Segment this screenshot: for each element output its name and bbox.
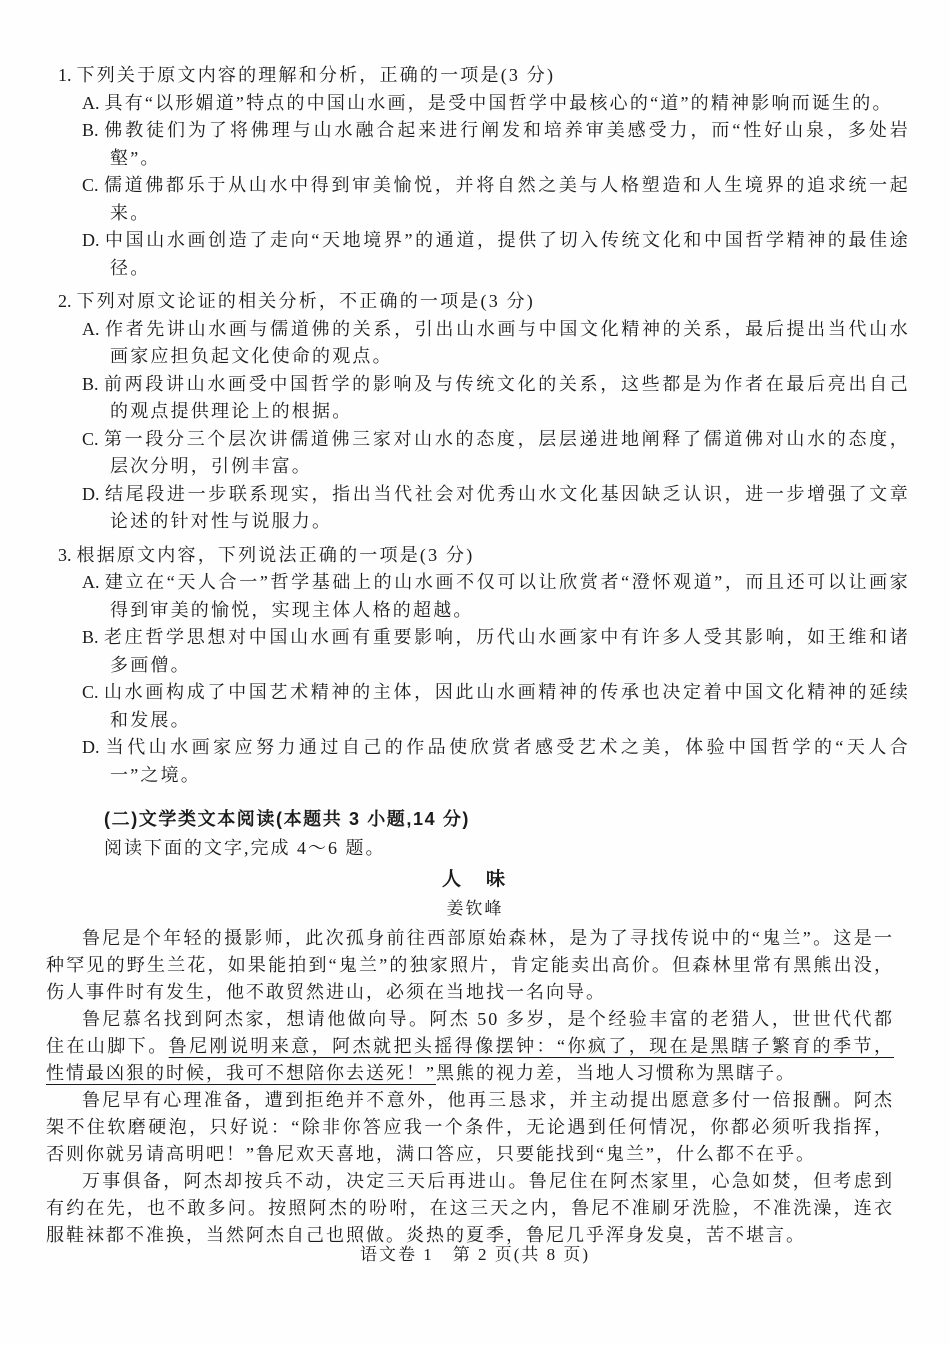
question-2-option-d: D.结尾段进一步联系现实，指出当代社会对优秀山水文化基因缺乏认识，进一步增强了文… xyxy=(58,481,910,536)
question-stem-text: 根据原文内容，下列说法正确的一项是(3 分) xyxy=(77,545,475,565)
option-label: B. xyxy=(82,374,99,394)
question-3-option-c: C.山水画构成了中国艺术精神的主体，因此山水画精神的传承也决定着中国文化精神的延… xyxy=(58,679,910,734)
option-text: 山水画构成了中国艺术精神的主体，因此山水画精神的传承也决定着中国文化精神的延续和… xyxy=(104,682,910,730)
question-number: 3. xyxy=(58,545,72,565)
question-1-option-d: D.中国山水画创造了走向“天地境界”的通道，提供了切入传统文化和中国哲学精神的最… xyxy=(58,227,910,282)
exam-page: 1.下列关于原文内容的理解和分析，正确的一项是(3 分) A.具有“以形媚道”特… xyxy=(0,0,950,1345)
option-text: 儒道佛都乐于从山水中得到审美愉悦，并将自然之美与人格塑造和人生境界的追求统一起来… xyxy=(104,175,910,223)
page-footer: 语文卷 1 第 2 页(共 8 页) xyxy=(0,1240,950,1265)
story-body: 鲁尼是个年轻的摄影师，此次孤身前往西部原始森林，是为了寻找传说中的“鬼兰”。这是… xyxy=(46,925,894,1249)
question-2-stem: 2.下列对原文论证的相关分析，不正确的一项是(3 分) xyxy=(58,288,910,316)
option-label: C. xyxy=(82,175,99,195)
question-3-option-b: B.老庄哲学思想对中国山水画有重要影响，历代山水画家中有许多人受其影响，如王维和… xyxy=(58,624,910,679)
story-paragraph-3: 鲁尼早有心理准备，遭到拒绝并不意外，他再三恳求，并主动提出愿意多付一倍报酬。阿杰… xyxy=(46,1087,894,1168)
option-text: 中国山水画创造了走向“天地境界”的通道，提供了切入传统文化和中国哲学精神的最佳途… xyxy=(105,230,911,278)
option-label: A. xyxy=(82,93,100,113)
option-label: D. xyxy=(82,737,100,757)
option-text: 老庄哲学思想对中国山水画有重要影响，历代山水画家中有许多人受其影响，如王维和诸多… xyxy=(104,627,910,675)
option-text: 作者先讲山水画与儒道佛的关系，引出山水画与中国文化精神的关系，最后提出当代山水画… xyxy=(105,319,911,367)
option-label: C. xyxy=(82,429,99,449)
question-3-option-d: D.当代山水画家应努力通过自己的作品使欣赏者感受艺术之美，体验中国哲学的“天人合… xyxy=(58,734,910,789)
question-1-option-b: B.佛教徒们为了将佛理与山水融合起来进行阐发和培养审美感受力，而“性好山泉，多处… xyxy=(58,117,910,172)
story-paragraph-4: 万事俱备，阿杰却按兵不动，决定三天后再进山。鲁尼住在阿杰家里，心急如焚，但考虑到… xyxy=(46,1168,894,1249)
story-paragraph-2: 鲁尼慕名找到阿杰家，想请他做向导。阿杰 50 多岁，是个经验丰富的老猎人，世世代… xyxy=(46,1006,894,1087)
question-2: 2.下列对原文论证的相关分析，不正确的一项是(3 分) A.作者先讲山水画与儒道… xyxy=(58,288,910,536)
section-2-heading: (二)文学类文本阅读(本题共 3 小题,14 分) xyxy=(104,805,910,834)
question-number: 2. xyxy=(58,291,72,311)
question-2-option-a: A.作者先讲山水画与儒道佛的关系，引出山水画与中国文化精神的关系，最后提出当代山… xyxy=(58,316,910,371)
question-1-option-a: A.具有“以形媚道”特点的中国山水画，是受中国哲学中最核心的“道”的精神影响而诞… xyxy=(58,90,910,118)
option-text: 当代山水画家应努力通过自己的作品使欣赏者感受艺术之美，体验中国哲学的“天人合一”… xyxy=(105,737,911,785)
question-1-option-c: C.儒道佛都乐于从山水中得到审美愉悦，并将自然之美与人格塑造和人生境界的追求统一… xyxy=(58,172,910,227)
reading-instruction: 阅读下面的文字,完成 4～6 题。 xyxy=(104,834,910,863)
option-label: A. xyxy=(82,319,100,339)
option-label: B. xyxy=(82,627,99,647)
question-1-stem: 1.下列关于原文内容的理解和分析，正确的一项是(3 分) xyxy=(58,62,910,90)
option-label: D. xyxy=(82,484,100,504)
option-text: 第一段分三个层次讲儒道佛三家对山水的态度，层层递进地阐释了儒道佛对山水的态度，层… xyxy=(104,429,910,477)
option-text: 佛教徒们为了将佛理与山水融合起来进行阐发和培养审美感受力，而“性好山泉，多处岩壑… xyxy=(104,120,910,168)
option-text: 结尾段进一步联系现实，指出当代社会对优秀山水文化基因缺乏认识，进一步增强了文章论… xyxy=(105,484,911,532)
story-paragraph-1: 鲁尼是个年轻的摄影师，此次孤身前往西部原始森林，是为了寻找传说中的“鬼兰”。这是… xyxy=(46,925,894,1006)
option-label: D. xyxy=(82,230,100,250)
question-stem-text: 下列对原文论证的相关分析，不正确的一项是(3 分) xyxy=(77,291,536,311)
paragraph-text: 黑熊的视力差，当地人习惯称为黑瞎子。 xyxy=(436,1063,796,1083)
option-text: 具有“以形媚道”特点的中国山水画，是受中国哲学中最核心的“道”的精神影响而诞生的… xyxy=(105,93,893,113)
option-label: B. xyxy=(82,120,99,140)
question-2-option-c: C.第一段分三个层次讲儒道佛三家对山水的态度，层层递进地阐释了儒道佛对山水的态度… xyxy=(58,426,910,481)
question-3-stem: 3.根据原文内容，下列说法正确的一项是(3 分) xyxy=(58,542,910,570)
story-author: 姜钦峰 xyxy=(0,895,950,922)
reading-questions-section: 1.下列关于原文内容的理解和分析，正确的一项是(3 分) A.具有“以形媚道”特… xyxy=(0,62,950,789)
option-label: C. xyxy=(82,682,99,702)
story-title: 人 味 xyxy=(0,865,950,895)
question-stem-text: 下列关于原文内容的理解和分析，正确的一项是(3 分) xyxy=(77,65,556,85)
option-text: 建立在“天人合一”哲学基础上的山水画不仅可以让欣赏者“澄怀观道”，而且还可以让画… xyxy=(105,572,911,620)
question-number: 1. xyxy=(58,65,72,85)
literary-text-section: (二)文学类文本阅读(本题共 3 小题,14 分) 阅读下面的文字,完成 4～6… xyxy=(0,805,950,1249)
question-1: 1.下列关于原文内容的理解和分析，正确的一项是(3 分) A.具有“以形媚道”特… xyxy=(58,62,910,282)
option-text: 前两段讲山水画受中国哲学的影响及与传统文化的关系，这些都是为作者在最后亮出自己的… xyxy=(104,374,910,422)
question-3-option-a: A.建立在“天人合一”哲学基础上的山水画不仅可以让欣赏者“澄怀观道”，而且还可以… xyxy=(58,569,910,624)
question-3: 3.根据原文内容，下列说法正确的一项是(3 分) A.建立在“天人合一”哲学基础… xyxy=(58,542,910,790)
question-2-option-b: B.前两段讲山水画受中国哲学的影响及与传统文化的关系，这些都是为作者在最后亮出自… xyxy=(58,371,910,426)
option-label: A. xyxy=(82,572,100,592)
